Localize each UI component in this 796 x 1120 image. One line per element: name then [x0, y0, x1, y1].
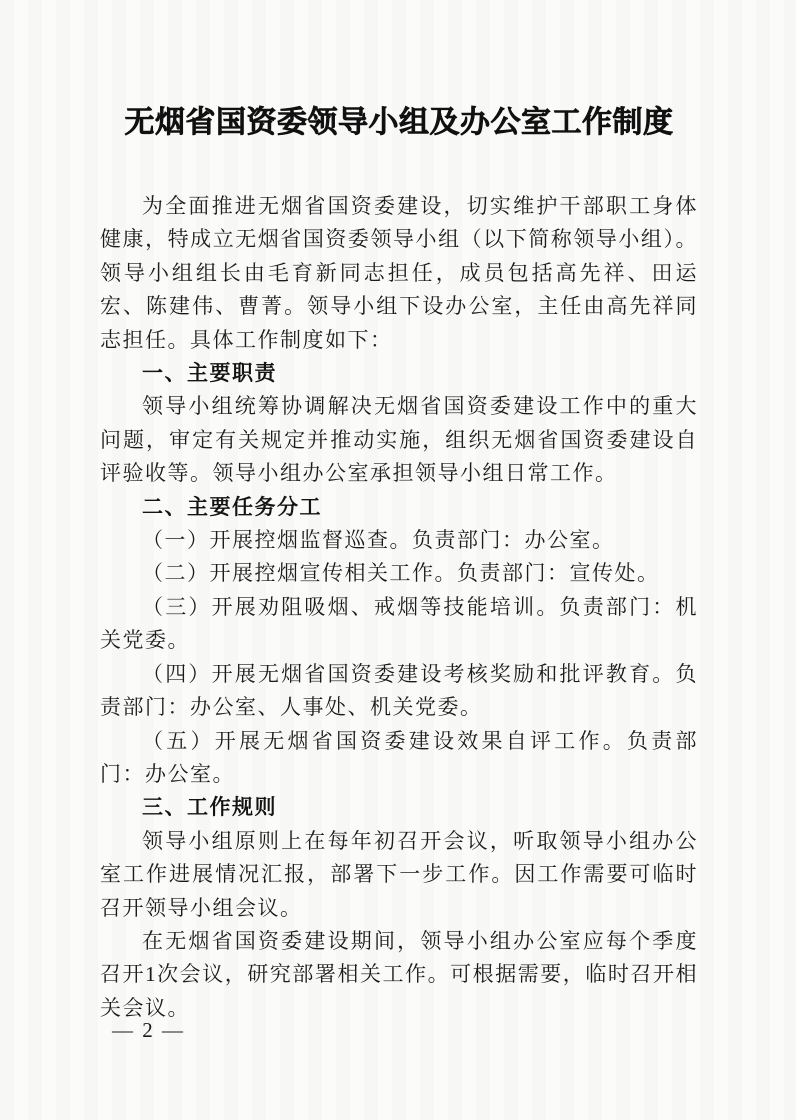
- task-item-3: （三）开展劝阻吸烟、戒烟等技能培训。负责部门：机关党委。: [100, 591, 698, 658]
- task-item-2: （二）开展控烟宣传相关工作。负责部门：宣传处。: [100, 557, 698, 590]
- paragraph-intro: 为全面推进无烟省国资委建设，切实维护干部职工身体健康，特成立无烟省国资委领导小组…: [100, 190, 698, 357]
- task-item-4: （四）开展无烟省国资委建设考核奖励和批评教育。负责部门：办公室、人事处、机关党委…: [100, 658, 698, 725]
- paragraph-work-rules-2: 在无烟省国资委建设期间，领导小组办公室应每个季度召开1次会议，研究部署相关工作。…: [100, 925, 698, 1025]
- section-heading-task-division: 二、主要任务分工: [100, 491, 698, 524]
- page-number: — 2 —: [112, 1018, 185, 1043]
- task-item-1: （一）开展控烟监督巡查。负责部门：办公室。: [100, 524, 698, 557]
- paragraph-main-duties: 领导小组统筹协调解决无烟省国资委建设工作中的重大问题，审定有关规定并推动实施，组…: [100, 390, 698, 490]
- task-item-5: （五）开展无烟省国资委建设效果自评工作。负责部门：办公室。: [100, 725, 698, 792]
- document-title: 无烟省国资委领导小组及办公室工作制度: [100, 102, 698, 144]
- document-content: 无烟省国资委领导小组及办公室工作制度 为全面推进无烟省国资委建设，切实维护干部职…: [100, 102, 698, 1025]
- section-heading-work-rules: 三、工作规则: [100, 791, 698, 824]
- section-heading-main-duties: 一、主要职责: [100, 357, 698, 390]
- scanned-document-page: 无烟省国资委领导小组及办公室工作制度 为全面推进无烟省国资委建设，切实维护干部职…: [0, 0, 796, 1120]
- paragraph-work-rules-1: 领导小组原则上在每年初召开会议，听取领导小组办公室工作进展情况汇报，部署下一步工…: [100, 825, 698, 925]
